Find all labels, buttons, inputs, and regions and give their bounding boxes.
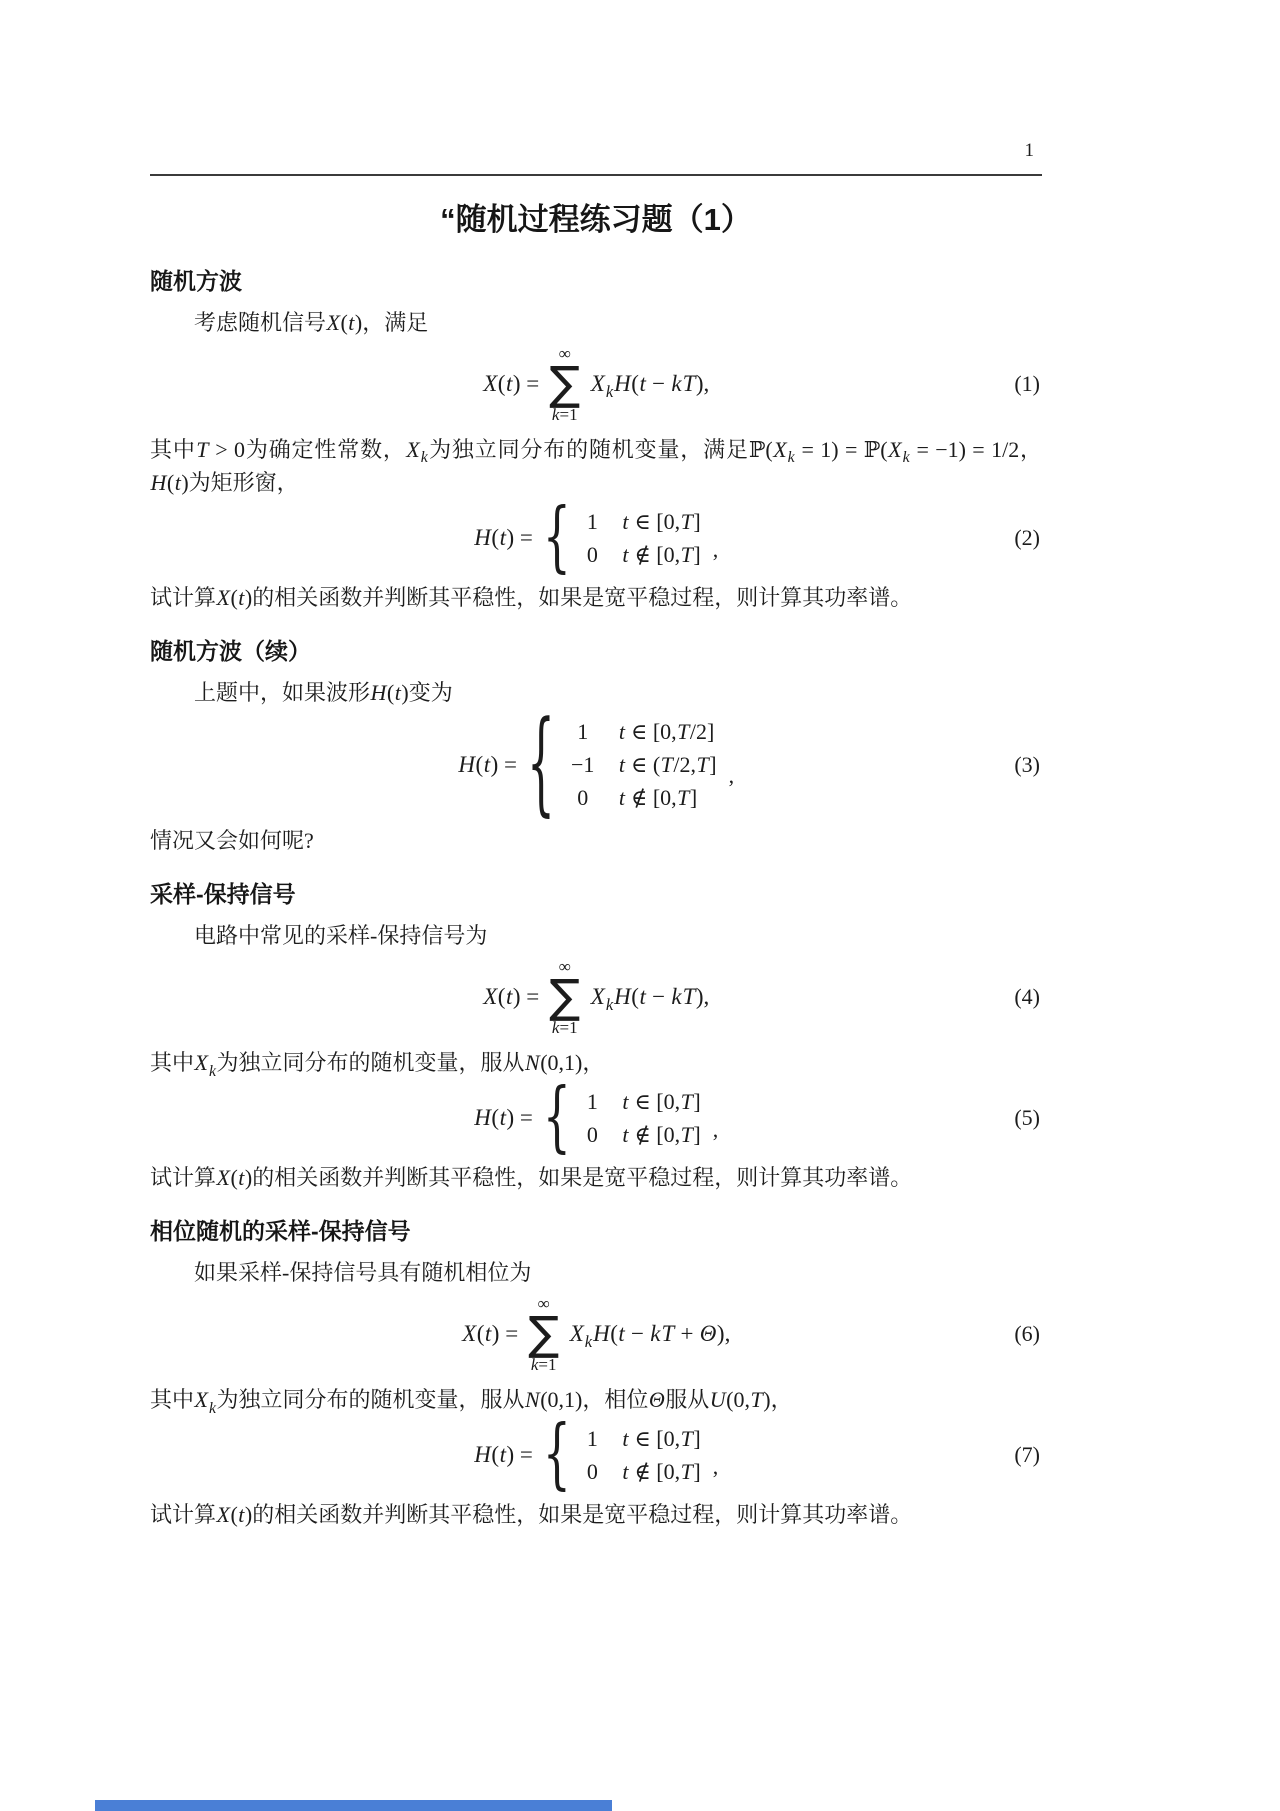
text-run: 如果采样-保持信号具有随机相位为 [194,1260,531,1285]
document-page: 1 “随机过程练习题（1） 随机方波考虑随机信号X(t)，满足X(t) =∞∑k… [0,0,1280,1811]
header-rule [150,174,1042,176]
case-value: 0 [571,781,594,814]
display-equation: H(t) ={1t ∈ [0,T]0t ∉ [0,T],(2) [150,505,1042,571]
text-run: 为独立同分布的随机变量，服从 [217,1050,525,1075]
equation-body: H(t) ={1t ∈ [0,T]0t ∉ [0,T], [474,1422,718,1488]
horizontal-scrollbar-thumb[interactable] [95,1800,612,1811]
summation-operator: ∞∑k=1 [549,958,580,1036]
case-condition: t ∉ [0,T] [622,1455,701,1488]
inline-math: X(t) [216,585,252,610]
text-run: ，满足 [362,310,428,335]
document-body: 随机方波考虑随机信号X(t)，满足X(t) =∞∑k=1XkH(t − kT),… [150,266,1042,1531]
page-number: 1 [150,0,1042,162]
equation-rhs: XkH(t − kT + Θ), [569,1320,730,1348]
inline-math: H(t) [370,680,409,705]
case-value: 1 [571,715,594,748]
subscript: k [208,1400,216,1417]
subscript: k [605,995,613,1014]
paragraph: 其中Xk为独立同分布的随机变量，服从N(0,1)，相位Θ服从U(0,T)， [150,1383,1042,1416]
equation-lhs: X(t) = [483,983,540,1011]
section-heading: 采样-保持信号 [150,879,1042,909]
equation-body: H(t) ={1t ∈ [0,T]0t ∉ [0,T], [474,505,718,571]
text-run: 为独立同分布的随机变量，服从 [217,1387,525,1412]
case-condition: t ∉ [0,T] [622,1118,701,1151]
case-value: 1 [587,1085,598,1118]
case-condition: t ∈ [0,T] [622,1085,701,1118]
trailing-comma: , [713,1454,719,1480]
inline-math: X(t) [326,310,362,335]
cases-grid: 1t ∈ [0,T]0t ∉ [0,T] [587,505,701,571]
document-title: “随机过程练习题（1） [150,198,1042,242]
case-condition: t ∈ (T/2,T] [618,748,716,781]
case-value: 0 [587,538,598,571]
inline-math: T > 0 [196,437,245,462]
text-run: ， [582,1050,604,1075]
inline-math: Xk [194,1387,216,1412]
case-condition: t ∈ [0,T/2] [618,715,716,748]
summation-operator: ∞∑k=1 [549,345,580,423]
sum-lower-limit: k=1 [531,1356,557,1373]
equation-rhs: XkH(t − kT), [590,983,709,1011]
subscript: k [208,1063,216,1080]
sigma-symbol: ∑ [549,364,580,403]
subscript: k [902,449,910,466]
equation-body: X(t) =∞∑k=1XkH(t − kT + Θ), [462,1295,731,1373]
text-run: ， [1019,437,1042,462]
text-run: 考虑随机信号 [194,310,326,335]
trailing-comma: , [713,1117,719,1143]
case-value: 1 [587,1422,598,1455]
paragraph: 情况又会如何呢? [150,824,1042,857]
left-brace: { [543,1417,571,1494]
display-equation: X(t) =∞∑k=1XkH(t − kT + Θ),(6) [150,1295,1042,1373]
equation-number: (2) [1014,525,1040,551]
subscript: k [605,382,613,401]
case-value: 0 [587,1455,598,1488]
section-heading: 随机方波 [150,266,1042,296]
equation-lhs: H(t) = [458,751,517,779]
sigma-symbol: ∑ [528,1314,559,1353]
inline-math: U(0,T) [709,1387,770,1412]
display-equation: H(t) ={1t ∈ [0,T/2]−1t ∈ (T/2,T]0t ∉ [0,… [150,715,1042,814]
section-heading: 相位随机的采样-保持信号 [150,1216,1042,1246]
paragraph: 其中T > 0为确定性常数，Xk为独立同分布的随机变量，满足ℙ(Xk = 1) … [150,433,1042,499]
text-run: ， [771,1387,793,1412]
sum-lower-limit: k=1 [552,406,578,423]
display-equation: H(t) ={1t ∈ [0,T]0t ∉ [0,T],(5) [150,1085,1042,1151]
document-content: 1 “随机过程练习题（1） 随机方波考虑随机信号X(t)，满足X(t) =∞∑k… [150,0,1042,1531]
inline-math: ℙ(Xk = 1) = ℙ(Xk = −1) = 1/2 [749,437,1019,462]
text-run: 电路中常见的采样-保持信号为 [194,923,487,948]
equation-number: (4) [1014,984,1040,1010]
inline-math: H(t) [150,470,189,495]
text-run: 为矩形窗， [189,470,299,495]
text-run: 变为 [409,680,453,705]
text-run: 试计算 [150,585,216,610]
equation-number: (6) [1014,1321,1040,1347]
inline-math: X(t) [216,1502,252,1527]
equation-rhs: XkH(t − kT), [590,370,709,398]
text-run: 的相关函数并判断其平稳性，如果是宽平稳过程，则计算其功率谱。 [252,1165,912,1190]
case-condition: t ∈ [0,T] [622,1422,701,1455]
paragraph: 试计算X(t)的相关函数并判断其平稳性，如果是宽平稳过程，则计算其功率谱。 [150,1161,1042,1194]
case-condition: t ∉ [0,T] [622,538,701,571]
section-heading: 随机方波（续） [150,636,1042,666]
summation-operator: ∞∑k=1 [528,1295,559,1373]
subscript: k [787,449,795,466]
sum-lower-limit: k=1 [552,1019,578,1036]
inline-math: Xk [406,437,428,462]
paragraph: 试计算X(t)的相关函数并判断其平稳性，如果是宽平稳过程，则计算其功率谱。 [150,1498,1042,1531]
paragraph: 试计算X(t)的相关函数并判断其平稳性，如果是宽平稳过程，则计算其功率谱。 [150,581,1042,614]
equation-body: H(t) ={1t ∈ [0,T/2]−1t ∈ (T/2,T]0t ∉ [0,… [458,715,734,814]
paragraph: 如果采样-保持信号具有随机相位为 [150,1256,1042,1289]
trailing-comma: , [729,763,735,789]
equation-lhs: X(t) = [483,370,540,398]
text-run: 服从 [665,1387,709,1412]
case-condition: t ∈ [0,T] [622,505,701,538]
inline-math: N(0,1) [525,1050,583,1075]
inline-math: Xk [194,1050,216,1075]
equation-lhs: H(t) = [474,1104,533,1132]
equation-body: H(t) ={1t ∈ [0,T]0t ∉ [0,T], [474,1085,718,1151]
case-value: 0 [587,1118,598,1151]
text-run: 其中 [150,1387,194,1412]
equation-number: (1) [1014,371,1040,397]
text-run: 其中 [150,1050,194,1075]
text-run: 的相关函数并判断其平稳性，如果是宽平稳过程，则计算其功率谱。 [252,585,912,610]
equation-number: (5) [1014,1105,1040,1131]
equation-lhs: H(t) = [474,1441,533,1469]
display-equation: H(t) ={1t ∈ [0,T]0t ∉ [0,T],(7) [150,1422,1042,1488]
left-brace: { [527,708,555,820]
display-equation: X(t) =∞∑k=1XkH(t − kT),(1) [150,345,1042,423]
cases-grid: 1t ∈ [0,T]0t ∉ [0,T] [587,1085,701,1151]
inline-math: Θ [648,1387,665,1412]
equation-number: (7) [1014,1442,1040,1468]
cases-grid: 1t ∈ [0,T]0t ∉ [0,T] [587,1422,701,1488]
text-run: 试计算 [150,1165,216,1190]
text-run: 的相关函数并判断其平稳性，如果是宽平稳过程，则计算其功率谱。 [252,1502,912,1527]
text-run: 为独立同分布的随机变量，满足 [428,437,749,462]
equation-body: X(t) =∞∑k=1XkH(t − kT), [483,958,710,1036]
case-value: 1 [587,505,598,538]
text-run: 其中 [150,437,196,462]
text-run: 上题中，如果波形 [194,680,370,705]
case-value: −1 [571,748,594,781]
text-run: 为确定性常数， [245,437,406,462]
sigma-symbol: ∑ [549,977,580,1016]
equation-lhs: X(t) = [462,1320,519,1348]
case-condition: t ∉ [0,T] [618,781,716,814]
left-brace: { [543,500,571,577]
text-run: ，相位 [582,1387,648,1412]
left-brace: { [543,1080,571,1157]
trailing-comma: , [713,537,719,563]
inline-math: X(t) [216,1165,252,1190]
equation-lhs: H(t) = [474,524,533,552]
equation-number: (3) [1014,752,1040,778]
paragraph: 考虑随机信号X(t)，满足 [150,306,1042,339]
subscript: k [584,1332,592,1351]
paragraph: 电路中常见的采样-保持信号为 [150,919,1042,952]
display-equation: X(t) =∞∑k=1XkH(t − kT),(4) [150,958,1042,1036]
paragraph: 上题中，如果波形H(t)变为 [150,676,1042,709]
paragraph: 其中Xk为独立同分布的随机变量，服从N(0,1)， [150,1046,1042,1079]
cases-grid: 1t ∈ [0,T/2]−1t ∈ (T/2,T]0t ∉ [0,T] [571,715,717,814]
equation-body: X(t) =∞∑k=1XkH(t − kT), [483,345,710,423]
text-run: 试计算 [150,1502,216,1527]
text-run: 情况又会如何呢? [150,828,314,853]
